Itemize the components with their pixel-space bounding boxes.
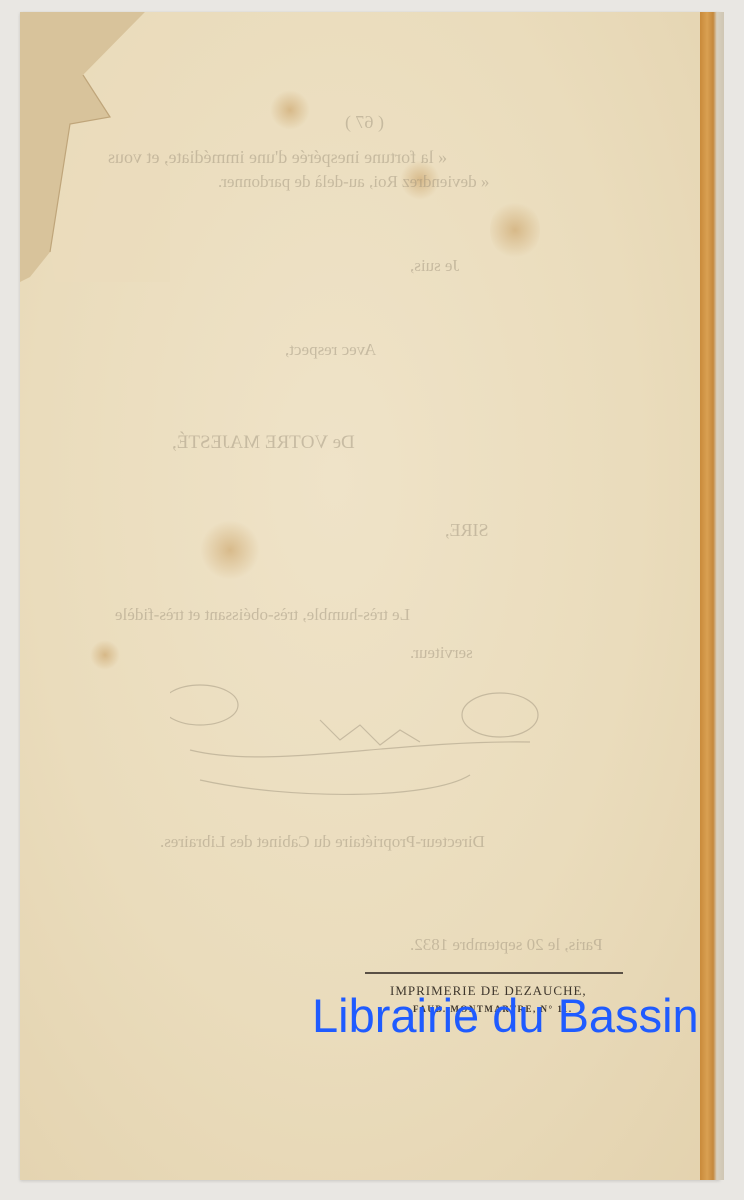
- bleed-page-number: ( 67 ): [345, 112, 384, 133]
- foxing-stain: [90, 640, 120, 670]
- foxing-stain: [270, 90, 310, 130]
- foxing-stain: [200, 520, 260, 580]
- bleed-majesty: De VOTRE MAJESTÉ,: [172, 432, 355, 454]
- bleed-salutation-2: Avec respect,: [285, 340, 376, 360]
- watermark-text: Librairie du Bassin: [312, 988, 699, 1043]
- bleed-date: Paris, le 20 septembre 1832.: [410, 935, 603, 955]
- bleed-sire: SIRE,: [445, 520, 489, 541]
- bleed-line-1: « la fortune inespérée d'une immédiate, …: [108, 147, 447, 168]
- foxing-stain: [490, 200, 540, 260]
- bleed-salutation-1: Je suis,: [410, 256, 459, 276]
- imprint-rule: [365, 972, 623, 974]
- bleed-servant-1: Le très-humble, très-obéissant et très-f…: [115, 605, 410, 625]
- bleed-servant-2: serviteur.: [410, 643, 473, 663]
- signature-bleed: [170, 680, 570, 810]
- book-spine: [700, 12, 724, 1180]
- bleed-title: Directeur-Propriétaire du Cabinet des Li…: [160, 832, 485, 852]
- bleed-line-2: « deviendrez Roi, au-delà de pardonner.: [218, 172, 489, 192]
